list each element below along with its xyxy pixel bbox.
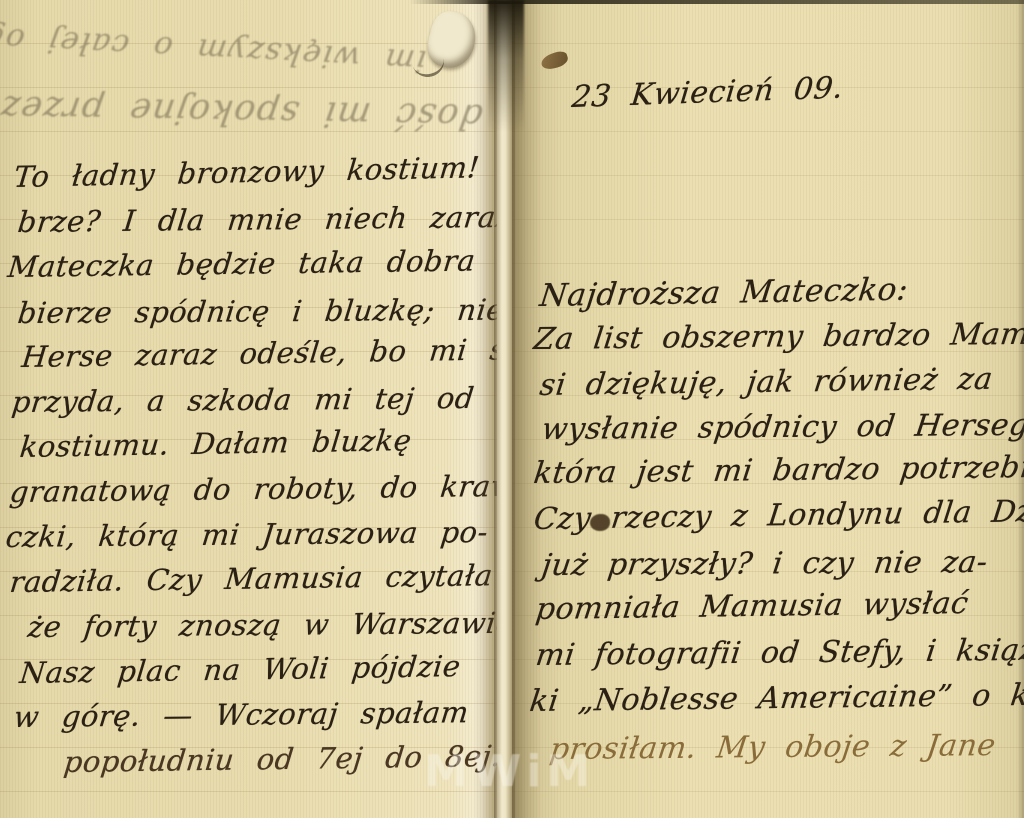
right-page: 23 Kwiecień 09. Najdroższa Mateczko: Za …	[512, 0, 1024, 818]
ink-blot	[590, 514, 610, 531]
handwritten-line: czki, którą mi Juraszowa po-	[4, 515, 490, 554]
photo-right-edge	[1017, 0, 1024, 818]
handwritten-line: si dziękuję, jak również za	[538, 362, 995, 403]
photo-top-edge	[0, 0, 1024, 4]
handwritten-line: bierze spódnicę i bluzkę; niech	[16, 292, 497, 330]
handwritten-line: ki „Noblesse Americaine” o którą	[528, 677, 1024, 719]
handwritten-line: granatową do roboty, do kraw-	[8, 469, 497, 509]
handwritten-line: która jest mi bardzo potrzebna.	[532, 449, 1024, 491]
handwritten-line: Za list obszerny bardzo Mamu-	[532, 316, 1024, 357]
handwritten-line: brze? I dla mnie niech zaraz	[16, 200, 497, 239]
handwritten-line: To ładny bronzowy kostium! do.	[12, 149, 497, 194]
handwritten-line: mi fotografii od Stefy, i książ-	[534, 633, 1024, 673]
left-page: im większym o całej og dość mi spokojne …	[0, 0, 497, 818]
salutation-line: Najdroższa Mateczko:	[538, 272, 910, 315]
handwritten-line: prosiłam. My oboje z Jane	[548, 728, 998, 767]
handwritten-line: Mateczka będzie taka dobra i wy-	[6, 242, 497, 284]
handwritten-line: przyda, a szkoda mi tej od	[10, 381, 476, 419]
handwritten-line: radziła. Czy Mamusia czytała	[8, 558, 494, 599]
bleedthrough-line: im większym o całej og	[83, 25, 428, 79]
handwritten-line: Herse zaraz odeśle, bo mi się	[20, 332, 497, 374]
bleedthrough-line: dość mi spokojne przez pog	[0, 88, 485, 136]
handwritten-line: w górę. — Wczoraj spałam	[12, 695, 471, 734]
handwritten-line: Nasz plac na Woli pójdzie	[18, 649, 462, 690]
handwritten-line: kostiumu. Dałam bluzkę	[18, 423, 413, 464]
archive-watermark: MWiM	[424, 746, 595, 797]
date-line: 23 Kwiecień 09.	[570, 70, 845, 115]
handwritten-line: pomniała Mamusia wysłać	[534, 586, 971, 627]
handwritten-line: już przyszły? i czy nie za-	[540, 545, 990, 583]
handwritten-line: wysłanie spódnicy od Hersego,	[540, 407, 1024, 447]
fold-top-shadow	[488, 0, 524, 132]
handwritten-line: że forty znoszą w Warszawie.	[26, 606, 497, 644]
letter-scan: im większym o całej og dość mi spokojne …	[0, 0, 1024, 818]
